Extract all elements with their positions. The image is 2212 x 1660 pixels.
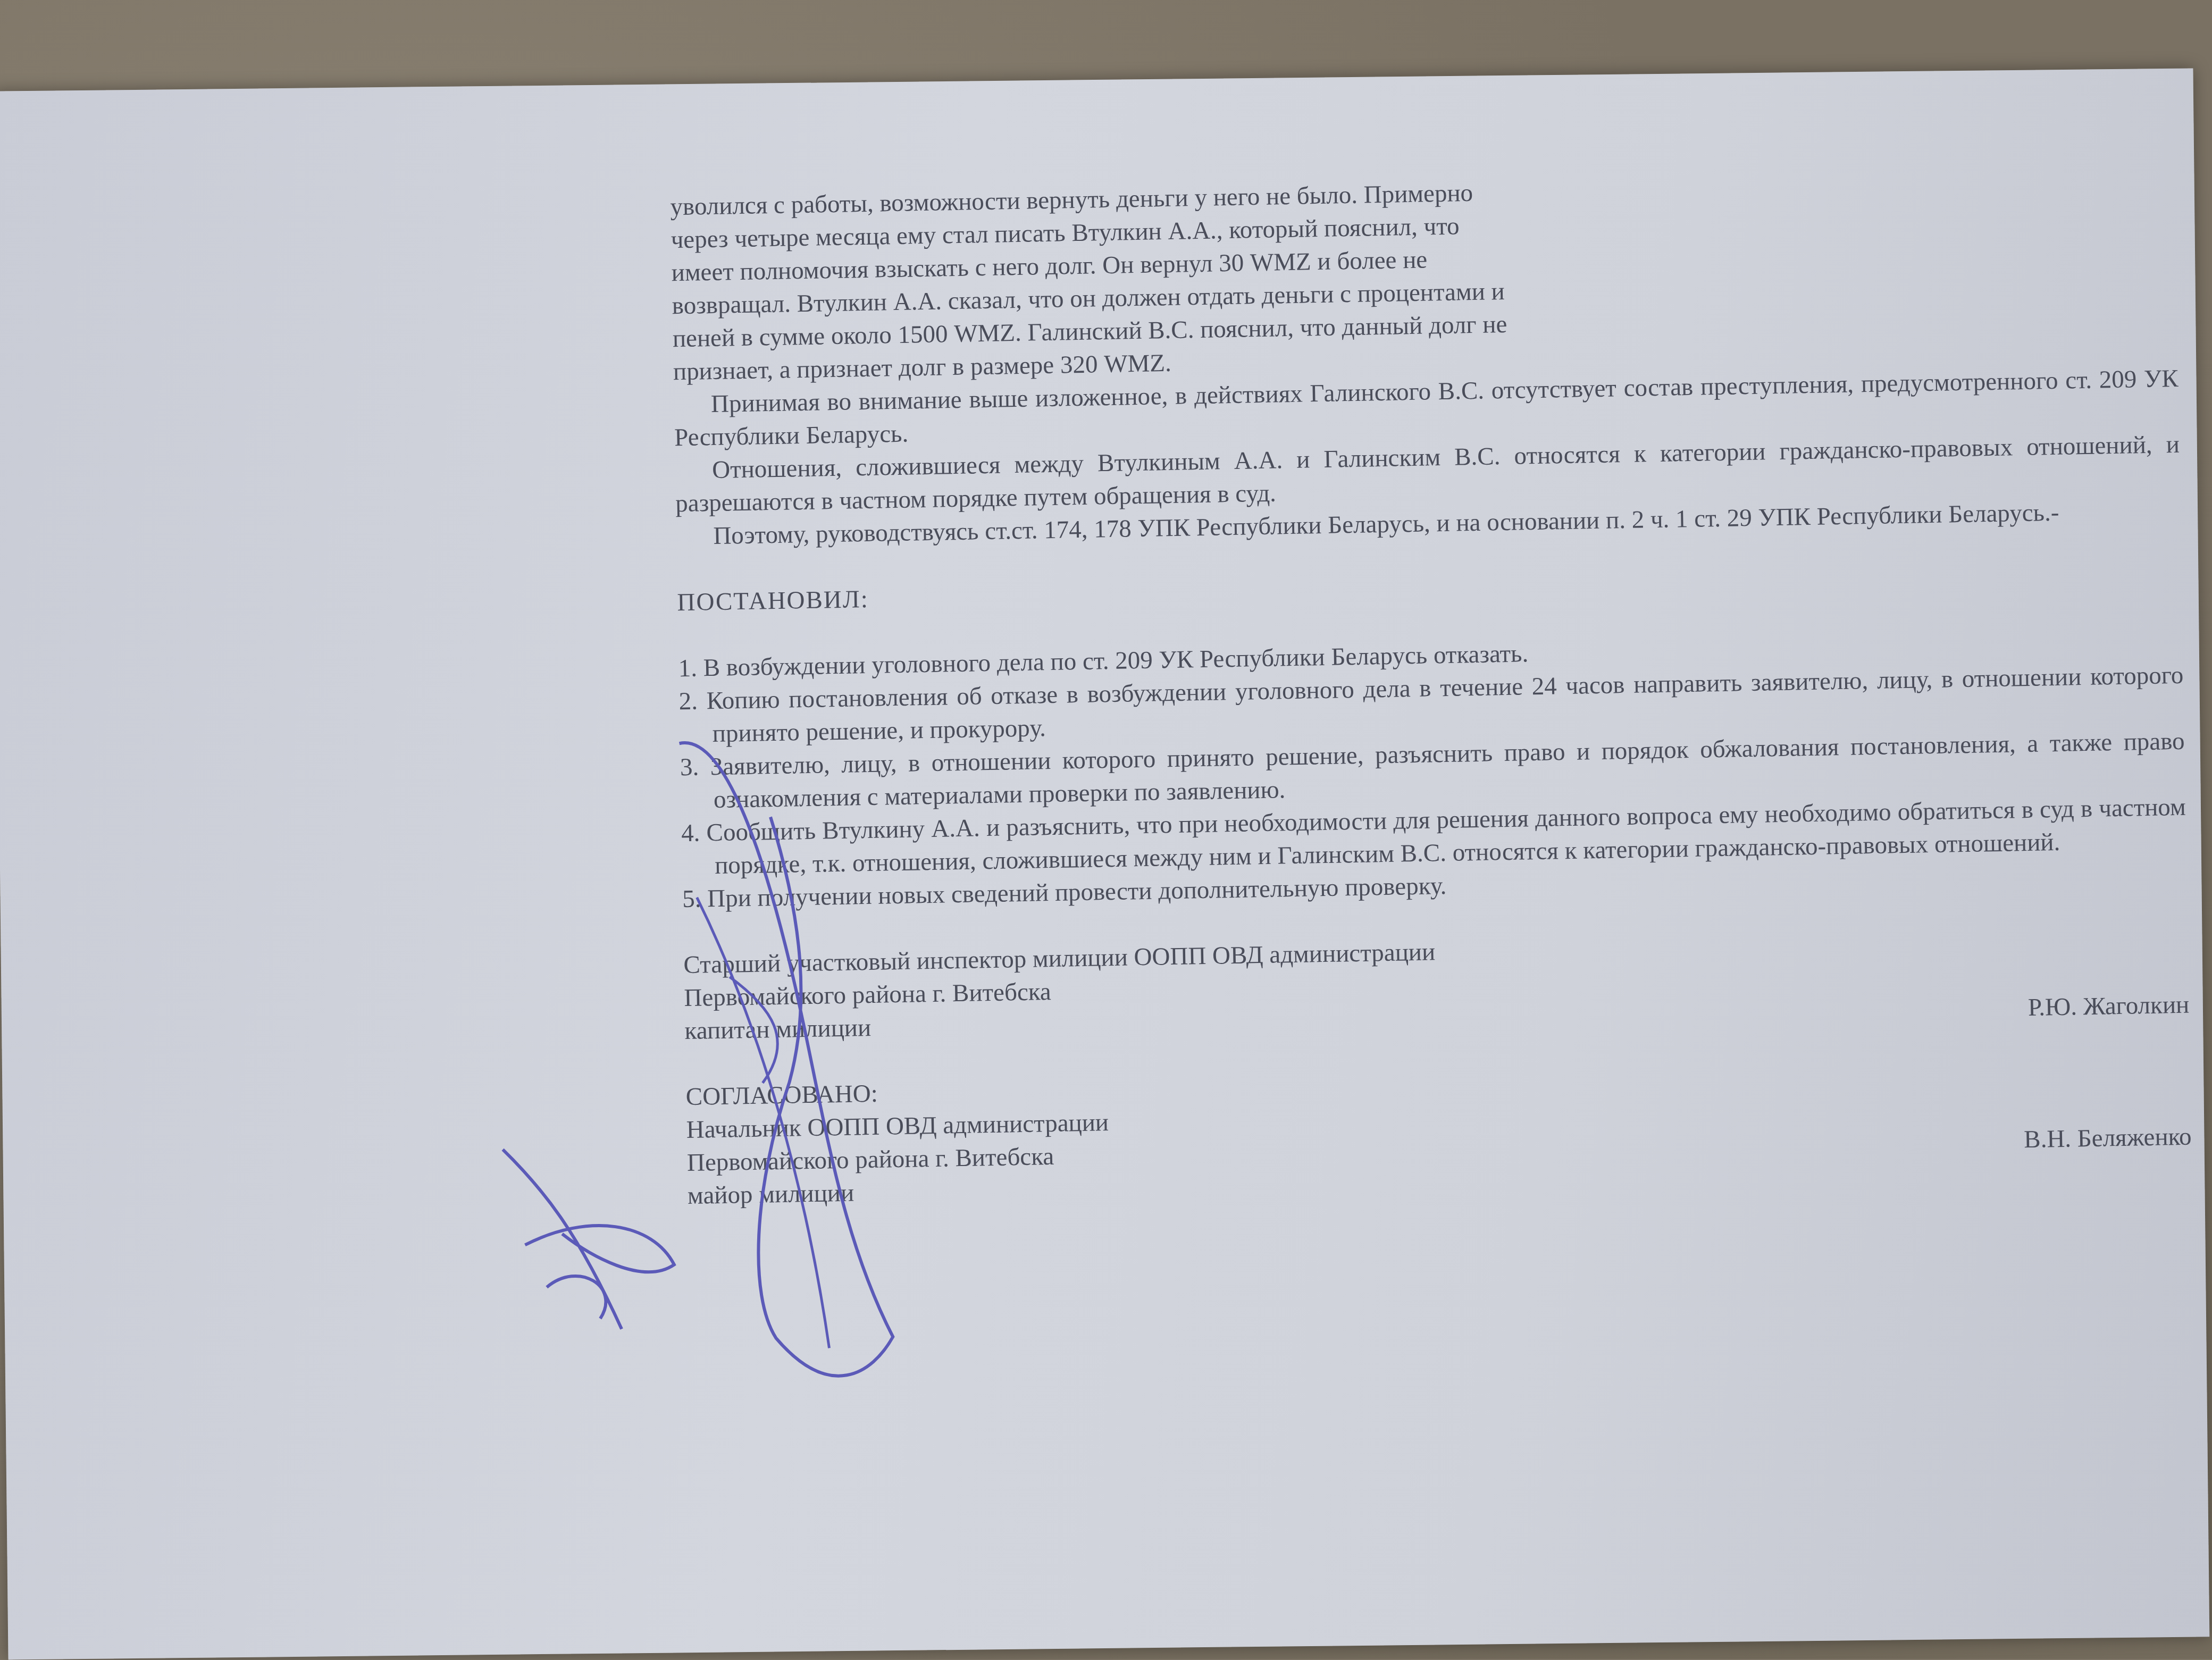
approval-block: СОГЛАСОВАНО: Начальник ООПП ОВД админист… xyxy=(685,1054,2192,1212)
approval-name: В.Н. Беляженко xyxy=(2024,1120,2192,1156)
signer-rank: капитан милиции xyxy=(684,1011,872,1047)
resolution-heading: ПОСТАНОВИЛ: xyxy=(677,560,2182,619)
paper-sheet: уволился с работы, возможности вернуть д… xyxy=(0,68,2209,1659)
signature-approver xyxy=(481,1126,696,1352)
approval-district: Первомайского района г. Витебска xyxy=(686,1140,1054,1179)
signer-name: Р.Ю. Жаголкин xyxy=(2027,988,2189,1024)
document-body: уволился с работы, возможности вернуть д… xyxy=(670,164,2192,1212)
intro-block: уволился с работы, возможности вернуть д… xyxy=(670,164,2178,388)
